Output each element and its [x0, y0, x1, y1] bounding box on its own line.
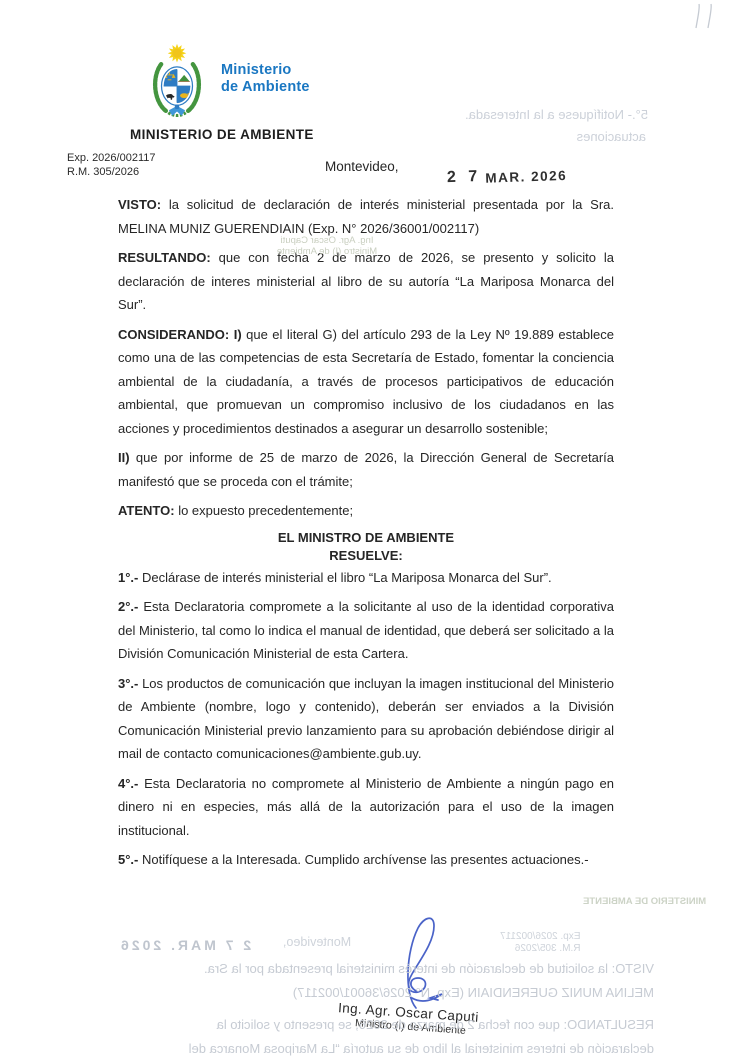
rm-number: R.M. 305/2026 — [67, 166, 155, 180]
resolution-4: 4°.- Esta Declaratoria no compromete al … — [118, 772, 614, 843]
bleedthrough-line: VISTO: la solicitud de declaración de in… — [88, 957, 654, 981]
resolution-text: Esta Declaratoria no compromete al Minis… — [118, 776, 614, 838]
paragraph-considerando: CONSIDERANDO: I) que el literal G) del a… — [118, 323, 614, 441]
bleedthrough-top: 5°.- Notifíquese a la Interesada. actuac… — [408, 104, 648, 148]
resolution-number: 1°.- — [118, 570, 138, 585]
ministry-logo: Ministerio de Ambiente — [146, 36, 310, 120]
paragraph-atento: ATENTO: lo expuesto precedentemente; — [118, 499, 614, 523]
resolve-heading-line2: RESUELVE: — [118, 547, 614, 565]
paragraph-text: lo expuesto precedentemente; — [175, 503, 354, 518]
resolution-3: 3°.- Los productos de comunicación que i… — [118, 672, 614, 766]
resolution-2: 2°.- Esta Declaratoria compromete a la s… — [118, 595, 614, 666]
logo-wordmark-line2: de Ambiente — [221, 79, 310, 96]
city-line: Montevideo, — [325, 159, 399, 174]
paragraph-lead: RESULTANDO: — [118, 250, 211, 265]
paragraph-visto: VISTO: la solicitud de declaración de in… — [118, 193, 614, 240]
paragraph-lead: VISTO: — [118, 197, 161, 212]
bleedthrough-line: RESULTANDO: que con fecha 2 de marzo de … — [88, 1013, 654, 1037]
resolution-number: 4°.- — [118, 776, 138, 791]
resolution-text: Declárase de interés ministerial el libr… — [138, 570, 551, 585]
file-references: Exp. 2026/002117 R.M. 305/2026 — [67, 152, 155, 179]
resolution-body: VISTO: la solicitud de declaración de in… — [118, 193, 614, 878]
resolution-5: 5°.- Notifíquese a la Interesada. Cumpli… — [118, 848, 614, 872]
paragraph-text: la solicitud de declaración de interés m… — [118, 197, 614, 236]
logo-wordmark: Ministerio de Ambiente — [221, 62, 310, 96]
resolution-number: 3°.- — [118, 676, 138, 691]
paragraph-text: que por informe de 25 de marzo de 2026, … — [118, 450, 614, 489]
resolution-number: 2°.- — [118, 599, 138, 614]
bleedthrough-line: Ing. Agr. Oscar Caputi — [272, 235, 382, 246]
bleedthrough-line: Ministro (I) de Ambiente — [272, 246, 382, 257]
bleedthrough-line: R.M. 305/2026 — [500, 943, 580, 955]
paragraph-text: que el literal G) del artículo 293 de la… — [118, 327, 614, 436]
date-stamp: 2 7MAR. 2026 — [447, 165, 568, 187]
logo-wordmark-line1: Ministerio — [221, 62, 310, 79]
resolution-1: 1°.- Declárase de interés ministerial el… — [118, 566, 614, 590]
bleedthrough-line: declaración de interes ministerial al li… — [88, 1037, 654, 1061]
bleedthrough-ministry: MINISTERIO DE AMBIENTE — [583, 896, 706, 907]
resolution-text: Los productos de comunicación que incluy… — [118, 676, 614, 762]
resolution-number: 5°.- — [118, 852, 138, 867]
paragraph-lead: CONSIDERANDO: I) — [118, 327, 242, 342]
bleedthrough-stamp: 2 7 MAR. 2026 — [118, 937, 251, 953]
bleedthrough-line: MELINA MUNIZ GUERENDIAIN (Exp. N° 2026/3… — [88, 981, 654, 1005]
resolution-text: Notifíquese a la Interesada. Cumplido ar… — [138, 852, 588, 867]
coat-of-arms-icon — [146, 36, 208, 120]
exp-number: Exp. 2026/002117 — [67, 152, 155, 166]
resolution-text: Esta Declaratoria compromete a la solici… — [118, 599, 614, 661]
pencil-annotation-mark — [686, 2, 722, 32]
bleedthrough-line: 5°.- Notifíquese a la Interesada. — [408, 104, 648, 126]
bleedthrough-line: actuaciones — [408, 126, 646, 148]
bleedthrough-body: VISTO: la solicitud de declaración de in… — [88, 957, 654, 1060]
date-stamp-day: 2 7 — [447, 168, 482, 186]
bleedthrough-line: Exp. 2026/002117 — [500, 931, 580, 943]
date-stamp-month-year: MAR. 2026 — [485, 168, 567, 186]
paragraph-lead: II) — [118, 450, 130, 465]
bleedthrough-signature: Ing. Agr. Oscar Caputi Ministro (I) de A… — [272, 235, 382, 257]
document-page: Ministerio de Ambiente MINISTERIO DE AMB… — [0, 0, 750, 1061]
org-title: MINISTERIO DE AMBIENTE — [130, 127, 314, 142]
resolve-heading-line1: EL MINISTRO DE AMBIENTE — [118, 529, 614, 547]
bleedthrough-refs: Exp. 2026/002117 R.M. 305/2026 — [500, 931, 580, 955]
bleedthrough-city: Montevideo, — [283, 935, 351, 949]
paragraph-considerando-ii: II) que por informe de 25 de marzo de 20… — [118, 446, 614, 493]
paragraph-lead: ATENTO: — [118, 503, 175, 518]
